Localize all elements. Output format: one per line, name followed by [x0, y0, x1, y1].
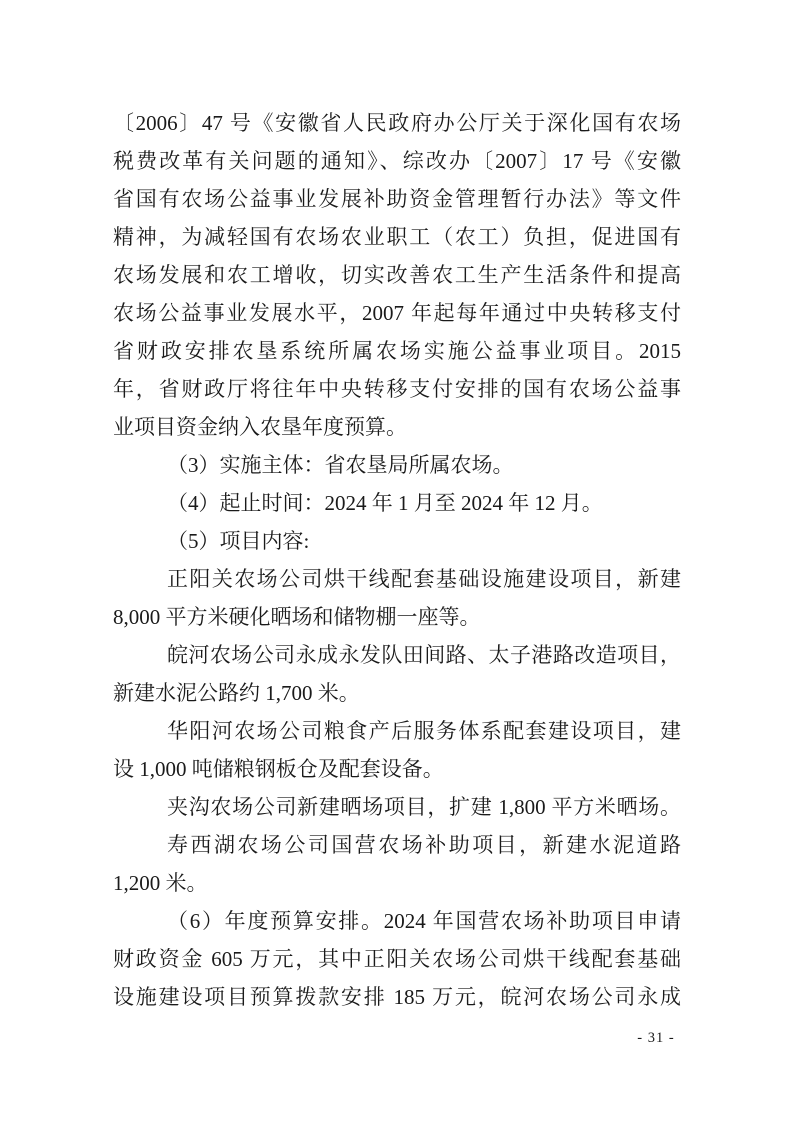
text-line: 设 1,000 吨储粮钢板仓及配套设备。	[113, 750, 681, 788]
page-number: - 31 -	[620, 1029, 692, 1047]
text-line: （5）项目内容:	[113, 522, 681, 560]
text-line: 〔2006〕47 号《安徽省人民政府办公厅关于深化国有农场	[113, 104, 681, 142]
document-page: 〔2006〕47 号《安徽省人民政府办公厅关于深化国有农场税费改革有关问题的通知…	[0, 0, 794, 1123]
text-line: 财政资金 605 万元，其中正阳关农场公司烘干线配套基础	[113, 940, 681, 978]
text-line: 正阳关农场公司烘干线配套基础设施建设项目，新建	[113, 560, 681, 598]
text-line: 农场发展和农工增收，切实改善农工生产生活条件和提高	[113, 256, 681, 294]
text-line: （3）实施主体：省农垦局所属农场。	[113, 446, 681, 484]
text-line: 夹沟农场公司新建晒场项目，扩建 1,800 平方米晒场。	[113, 788, 681, 826]
text-line: 寿西湖农场公司国营农场补助项目，新建水泥道路	[113, 826, 681, 864]
text-line: 精神，为减轻国有农场农业职工（农工）负担，促进国有	[113, 218, 681, 256]
text-line: 华阳河农场公司粮食产后服务体系配套建设项目，建	[113, 712, 681, 750]
text-line: 税费改革有关问题的通知》、综改办〔2007〕17 号《安徽	[113, 142, 681, 180]
text-line: 1,200 米。	[113, 864, 681, 902]
text-line: 年，省财政厅将往年中央转移支付安排的国有农场公益事	[113, 370, 681, 408]
text-line: 皖河农场公司永成永发队田间路、太子港路改造项目，	[113, 636, 681, 674]
text-line: 8,000 平方米硬化晒场和储物棚一座等。	[113, 598, 681, 636]
text-line: 新建水泥公路约 1,700 米。	[113, 674, 681, 712]
text-line: （6）年度预算安排。2024 年国营农场补助项目申请	[113, 902, 681, 940]
document-body: 〔2006〕47 号《安徽省人民政府办公厅关于深化国有农场税费改革有关问题的通知…	[113, 104, 681, 1016]
text-line: 省国有农场公益事业发展补助资金管理暂行办法》等文件	[113, 180, 681, 218]
text-line: （4）起止时间：2024 年 1 月至 2024 年 12 月。	[113, 484, 681, 522]
text-line: 业项目资金纳入农垦年度预算。	[113, 408, 681, 446]
text-line: 省财政安排农垦系统所属农场实施公益事业项目。2015	[113, 332, 681, 370]
text-line: 农场公益事业发展水平，2007 年起每年通过中央转移支付	[113, 294, 681, 332]
text-line: 设施建设项目预算拨款安排 185 万元，皖河农场公司永成	[113, 978, 681, 1016]
